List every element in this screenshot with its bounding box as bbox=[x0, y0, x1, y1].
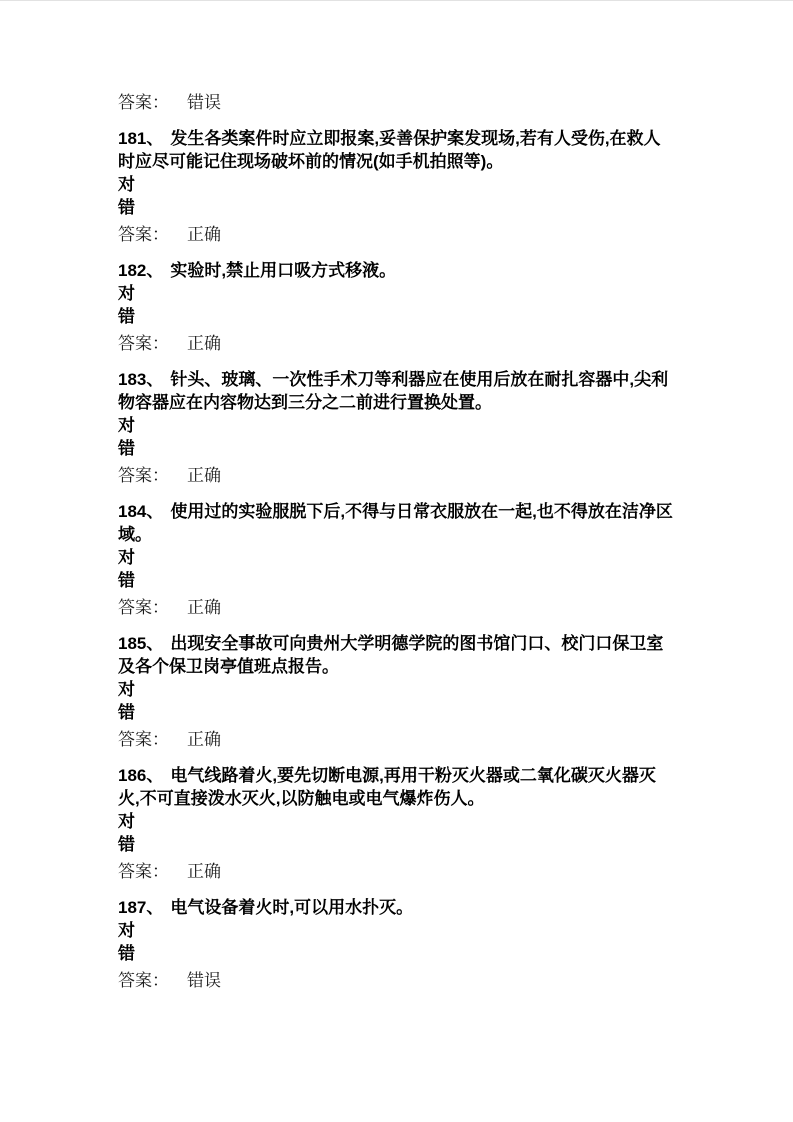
question-block-181: 181、发生各类案件时应立即报案,妥善保护案发现场,若有人受伤,在救人时应尽可能… bbox=[118, 127, 675, 246]
answer-label: 答案： bbox=[118, 730, 169, 749]
answer-value: 正确 bbox=[187, 225, 221, 244]
answer-line: 答案：错误 bbox=[118, 91, 675, 114]
question-number: 183、 bbox=[118, 370, 163, 389]
answer-label: 答案： bbox=[118, 334, 169, 353]
answer-label: 答案： bbox=[118, 971, 169, 990]
question-body: 实验时,禁止用口吸方式移液。 bbox=[170, 261, 396, 280]
answer-line: 答案：错误 bbox=[118, 969, 675, 992]
quiz-document-page: 答案：错误 181、发生各类案件时应立即报案,妥善保护案发现场,若有人受伤,在救… bbox=[0, 1, 793, 1025]
question-number: 182、 bbox=[118, 261, 163, 280]
question-number: 187、 bbox=[118, 898, 163, 917]
question-block-183: 183、针头、玻璃、一次性手术刀等利器应在使用后放在耐扎容器中,尖利物容器应在内… bbox=[118, 368, 675, 487]
answer-label: 答案： bbox=[118, 466, 169, 485]
option-false: 错 bbox=[118, 942, 675, 965]
answer-line: 答案：正确 bbox=[118, 728, 675, 751]
option-false: 错 bbox=[118, 305, 675, 328]
answer-line: 答案：正确 bbox=[118, 223, 675, 246]
question-block-186: 186、电气线路着火,要先切断电源,再用干粉灭火器或二氧化碳灭火器灭火,不可直接… bbox=[118, 764, 675, 883]
answer-label: 答案： bbox=[118, 93, 169, 112]
answer-value: 正确 bbox=[187, 730, 221, 749]
question-block-185: 185、出现安全事故可向贵州大学明德学院的图书馆门口、校门口保卫室及各个保卫岗亭… bbox=[118, 632, 675, 751]
option-false: 错 bbox=[118, 437, 675, 460]
question-text: 186、电气线路着火,要先切断电源,再用干粉灭火器或二氧化碳灭火器灭火,不可直接… bbox=[118, 764, 675, 810]
question-body: 针头、玻璃、一次性手术刀等利器应在使用后放在耐扎容器中,尖利物容器应在内容物达到… bbox=[118, 370, 668, 412]
question-body: 出现安全事故可向贵州大学明德学院的图书馆门口、校门口保卫室及各个保卫岗亭值班点报… bbox=[118, 634, 663, 676]
question-text: 183、针头、玻璃、一次性手术刀等利器应在使用后放在耐扎容器中,尖利物容器应在内… bbox=[118, 368, 675, 414]
question-block-187: 187、电气设备着火时,可以用水扑灭。 对 错 答案：错误 bbox=[118, 896, 675, 992]
answer-value: 错误 bbox=[187, 971, 221, 990]
question-text: 182、实验时,禁止用口吸方式移液。 bbox=[118, 259, 675, 282]
answer-line: 答案：正确 bbox=[118, 596, 675, 619]
question-number: 185、 bbox=[118, 634, 163, 653]
answer-label: 答案： bbox=[118, 862, 169, 881]
question-text: 185、出现安全事故可向贵州大学明德学院的图书馆门口、校门口保卫室及各个保卫岗亭… bbox=[118, 632, 675, 678]
question-text: 184、使用过的实验服脱下后,不得与日常衣服放在一起,也不得放在洁净区域。 bbox=[118, 500, 675, 546]
answer-line: 答案：正确 bbox=[118, 860, 675, 883]
question-number: 186、 bbox=[118, 766, 163, 785]
option-true: 对 bbox=[118, 810, 675, 833]
question-body: 电气设备着火时,可以用水扑灭。 bbox=[170, 898, 413, 917]
answer-value: 正确 bbox=[187, 862, 221, 881]
question-body: 使用过的实验服脱下后,不得与日常衣服放在一起,也不得放在洁净区域。 bbox=[118, 502, 673, 544]
option-false: 错 bbox=[118, 701, 675, 724]
option-true: 对 bbox=[118, 546, 675, 569]
answer-value: 正确 bbox=[187, 334, 221, 353]
question-body: 电气线路着火,要先切断电源,再用干粉灭火器或二氧化碳灭火器灭火,不可直接泼水灭火… bbox=[118, 766, 656, 808]
option-false: 错 bbox=[118, 833, 675, 856]
option-false: 错 bbox=[118, 569, 675, 592]
answer-label: 答案： bbox=[118, 225, 169, 244]
answer-line: 答案：正确 bbox=[118, 332, 675, 355]
question-block-182: 182、实验时,禁止用口吸方式移液。 对 错 答案：正确 bbox=[118, 259, 675, 355]
option-true: 对 bbox=[118, 414, 675, 437]
option-true: 对 bbox=[118, 173, 675, 196]
option-true: 对 bbox=[118, 919, 675, 942]
question-number: 184、 bbox=[118, 502, 163, 521]
option-false: 错 bbox=[118, 196, 675, 219]
question-body: 发生各类案件时应立即报案,妥善保护案发现场,若有人受伤,在救人时应尽可能记住现场… bbox=[118, 129, 661, 171]
question-number: 181、 bbox=[118, 129, 163, 148]
option-true: 对 bbox=[118, 282, 675, 305]
answer-value: 正确 bbox=[187, 598, 221, 617]
question-block-184: 184、使用过的实验服脱下后,不得与日常衣服放在一起,也不得放在洁净区域。 对 … bbox=[118, 500, 675, 619]
question-text: 181、发生各类案件时应立即报案,妥善保护案发现场,若有人受伤,在救人时应尽可能… bbox=[118, 127, 675, 173]
answer-value: 错误 bbox=[187, 93, 221, 112]
answer-line: 答案：正确 bbox=[118, 464, 675, 487]
answer-label: 答案： bbox=[118, 598, 169, 617]
option-true: 对 bbox=[118, 678, 675, 701]
question-text: 187、电气设备着火时,可以用水扑灭。 bbox=[118, 896, 675, 919]
answer-value: 正确 bbox=[187, 466, 221, 485]
